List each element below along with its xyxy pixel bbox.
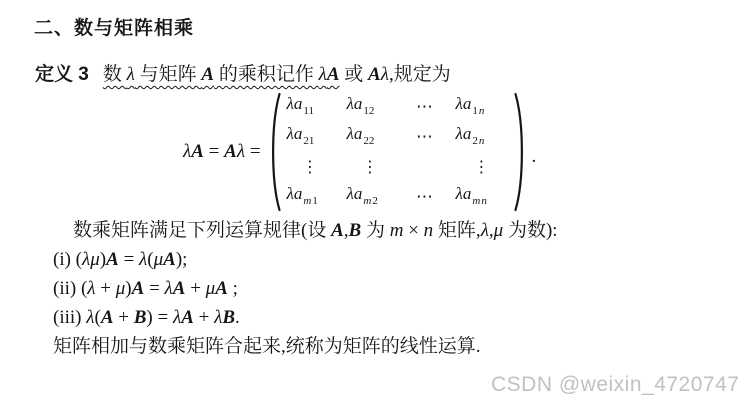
matrix-entries: λa11 λa12 ⋯ λa1n λa21 λa22 ⋯ λa2n ⋮ ⋮ ⋮ …	[281, 92, 514, 212]
matrix-cell: λamn	[456, 179, 508, 216]
text-run: A	[224, 141, 237, 162]
text-run: 22	[363, 135, 374, 147]
watermark: CSDN @weixin_47207479	[491, 373, 738, 397]
equation-lhs: λA = Aλ =	[183, 141, 261, 163]
text-run: B	[349, 220, 362, 241]
text-run: m	[390, 220, 404, 241]
rules-intro: 数乘矩阵满足下列运算规律(设 A,B 为 m × n 矩阵,λ,μ 为数):	[53, 216, 558, 245]
text-run: λ	[183, 141, 191, 162]
text-run: λa	[347, 94, 363, 113]
text-run: ⋮	[456, 152, 508, 182]
rule-item-ii: (ii) (λ + μ)A = λA + μA ;	[53, 274, 558, 303]
text-run: λa	[456, 184, 472, 203]
section-heading: 二、数与矩阵相乘	[34, 13, 194, 40]
text-run: A	[173, 278, 186, 299]
text-run: 为	[361, 220, 390, 241]
text-run: .	[235, 307, 240, 328]
text-run: 数乘矩阵满足下列运算规律(设	[73, 220, 331, 241]
text-run: m	[303, 195, 311, 207]
text-run: λa	[287, 94, 303, 113]
text-run: m	[472, 195, 480, 207]
text-run: +	[194, 307, 214, 328]
text-run: 与矩阵	[135, 64, 202, 85]
text-run: 的乘积记作	[214, 64, 319, 85]
definition-label: 定义 3	[35, 64, 89, 85]
text-run: 2	[472, 135, 478, 147]
closing-sentence: 矩阵相加与数乘矩阵合起来,统称为矩阵的线性运算.	[53, 332, 558, 361]
text-run: λa	[347, 184, 363, 203]
text-run: A	[215, 278, 228, 299]
rule-item-i: (i) (λμ)A = λ(μA);	[53, 245, 558, 274]
text-run: ⋮	[287, 152, 334, 182]
text-run: B	[134, 307, 147, 328]
text-run: μ	[154, 249, 164, 270]
text-run: 11	[303, 105, 314, 117]
text-run: ⋯	[407, 122, 443, 152]
text-run: 数	[103, 64, 127, 85]
definition-underlined-text: 数 λ 与矩阵 A 的乘积记作 λA	[103, 64, 340, 85]
text-run: λ	[381, 64, 389, 85]
text-run: μ	[206, 278, 216, 299]
text-run: A	[368, 64, 381, 85]
text-run: λ	[319, 64, 327, 85]
text-run: 2	[372, 195, 378, 207]
text-run: A	[327, 64, 340, 85]
text-run: n	[479, 105, 485, 117]
text-run: A	[132, 278, 145, 299]
matrix-cell: ⋯	[407, 92, 443, 122]
text-run: +	[185, 278, 205, 299]
text-run: ×	[403, 220, 423, 241]
text-run: ,规定为	[389, 64, 451, 85]
text-run: λa	[456, 124, 472, 143]
text-run: =	[119, 249, 139, 270]
text-run: A	[331, 220, 344, 241]
definition-line: 定义 3数 λ 与矩阵 A 的乘积记作 λA 或 Aλ,规定为	[35, 59, 451, 86]
text-run: λa	[287, 184, 303, 203]
rule-item-iii: (iii) λ(A + B) = λA + λB.	[53, 303, 558, 332]
text-run: =	[245, 141, 260, 162]
definition-tail-text: 或 Aλ,规定为	[340, 64, 451, 85]
text-run: +	[96, 278, 116, 299]
text-run: 21	[303, 135, 314, 147]
text-run: A	[191, 141, 204, 162]
text-run: 1	[312, 195, 318, 207]
text-run: A	[106, 249, 119, 270]
text-run: λ	[237, 141, 245, 162]
text-run: (iii)	[53, 307, 86, 328]
matrix-cell: λa21	[287, 119, 334, 156]
text-run: (ii) (	[53, 278, 87, 299]
text-run: 或	[340, 64, 369, 85]
text-run: A	[201, 64, 214, 85]
matrix-cell: ⋯	[407, 182, 443, 212]
matrix-cell: ⋮	[347, 152, 394, 182]
matrix-cell: λam1	[287, 179, 334, 216]
textbook-page: 二、数与矩阵相乘 定义 3数 λ 与矩阵 A 的乘积记作 λA 或 Aλ,规定为…	[0, 0, 738, 407]
rules-block: 数乘矩阵满足下列运算规律(设 A,B 为 m × n 矩阵,λ,μ 为数): (…	[53, 216, 558, 361]
text-run: (i) (	[53, 249, 82, 270]
matrix-cell: ⋮	[456, 152, 508, 182]
text-run: ⋯	[407, 182, 443, 212]
left-parenthesis	[268, 91, 281, 213]
text-run: λμ	[82, 249, 100, 270]
text-run: A	[101, 307, 114, 328]
text-run: n	[424, 220, 434, 241]
text-run: +	[114, 307, 134, 328]
text-run: 为数):	[503, 220, 557, 241]
text-run: ⋮	[347, 152, 394, 182]
matrix-cell: λam2	[347, 179, 394, 216]
text-run: 12	[363, 105, 374, 117]
text-run: λ	[165, 278, 173, 299]
text-run: λ	[481, 220, 489, 241]
matrix-cell: ⋯	[407, 122, 443, 152]
text-run: A	[163, 249, 176, 270]
text-run: λa	[456, 94, 472, 113]
text-run: λa	[347, 124, 363, 143]
text-run: 1	[472, 105, 478, 117]
text-run: μ	[116, 278, 126, 299]
right-parenthesis	[514, 91, 527, 213]
text-run: =	[144, 278, 164, 299]
text-run: λ	[87, 278, 95, 299]
matrix-cell: λa22	[347, 119, 394, 156]
text-run: λ	[127, 64, 135, 85]
text-run: λa	[287, 124, 303, 143]
text-run: A	[181, 307, 194, 328]
text-run: 矩阵,	[433, 220, 481, 241]
text-run: B	[222, 307, 235, 328]
text-run: ;	[228, 278, 238, 299]
matrix-equation: λA = Aλ = λa11 λa12 ⋯ λa1n λa21 λa22 ⋯ λ…	[183, 91, 536, 213]
matrix-cell: ⋮	[287, 152, 334, 182]
text-run: n	[479, 135, 485, 147]
text-run: );	[176, 249, 188, 270]
text-run: μ	[494, 220, 504, 241]
text-run: m	[363, 195, 371, 207]
text-run: =	[204, 141, 224, 162]
text-run: ) =	[146, 307, 173, 328]
equation-period: .	[532, 146, 537, 168]
text-run: n	[481, 195, 487, 207]
text-run: ⋯	[407, 92, 443, 122]
matrix-cell: λa2n	[456, 119, 508, 156]
text-run: λ	[173, 307, 181, 328]
